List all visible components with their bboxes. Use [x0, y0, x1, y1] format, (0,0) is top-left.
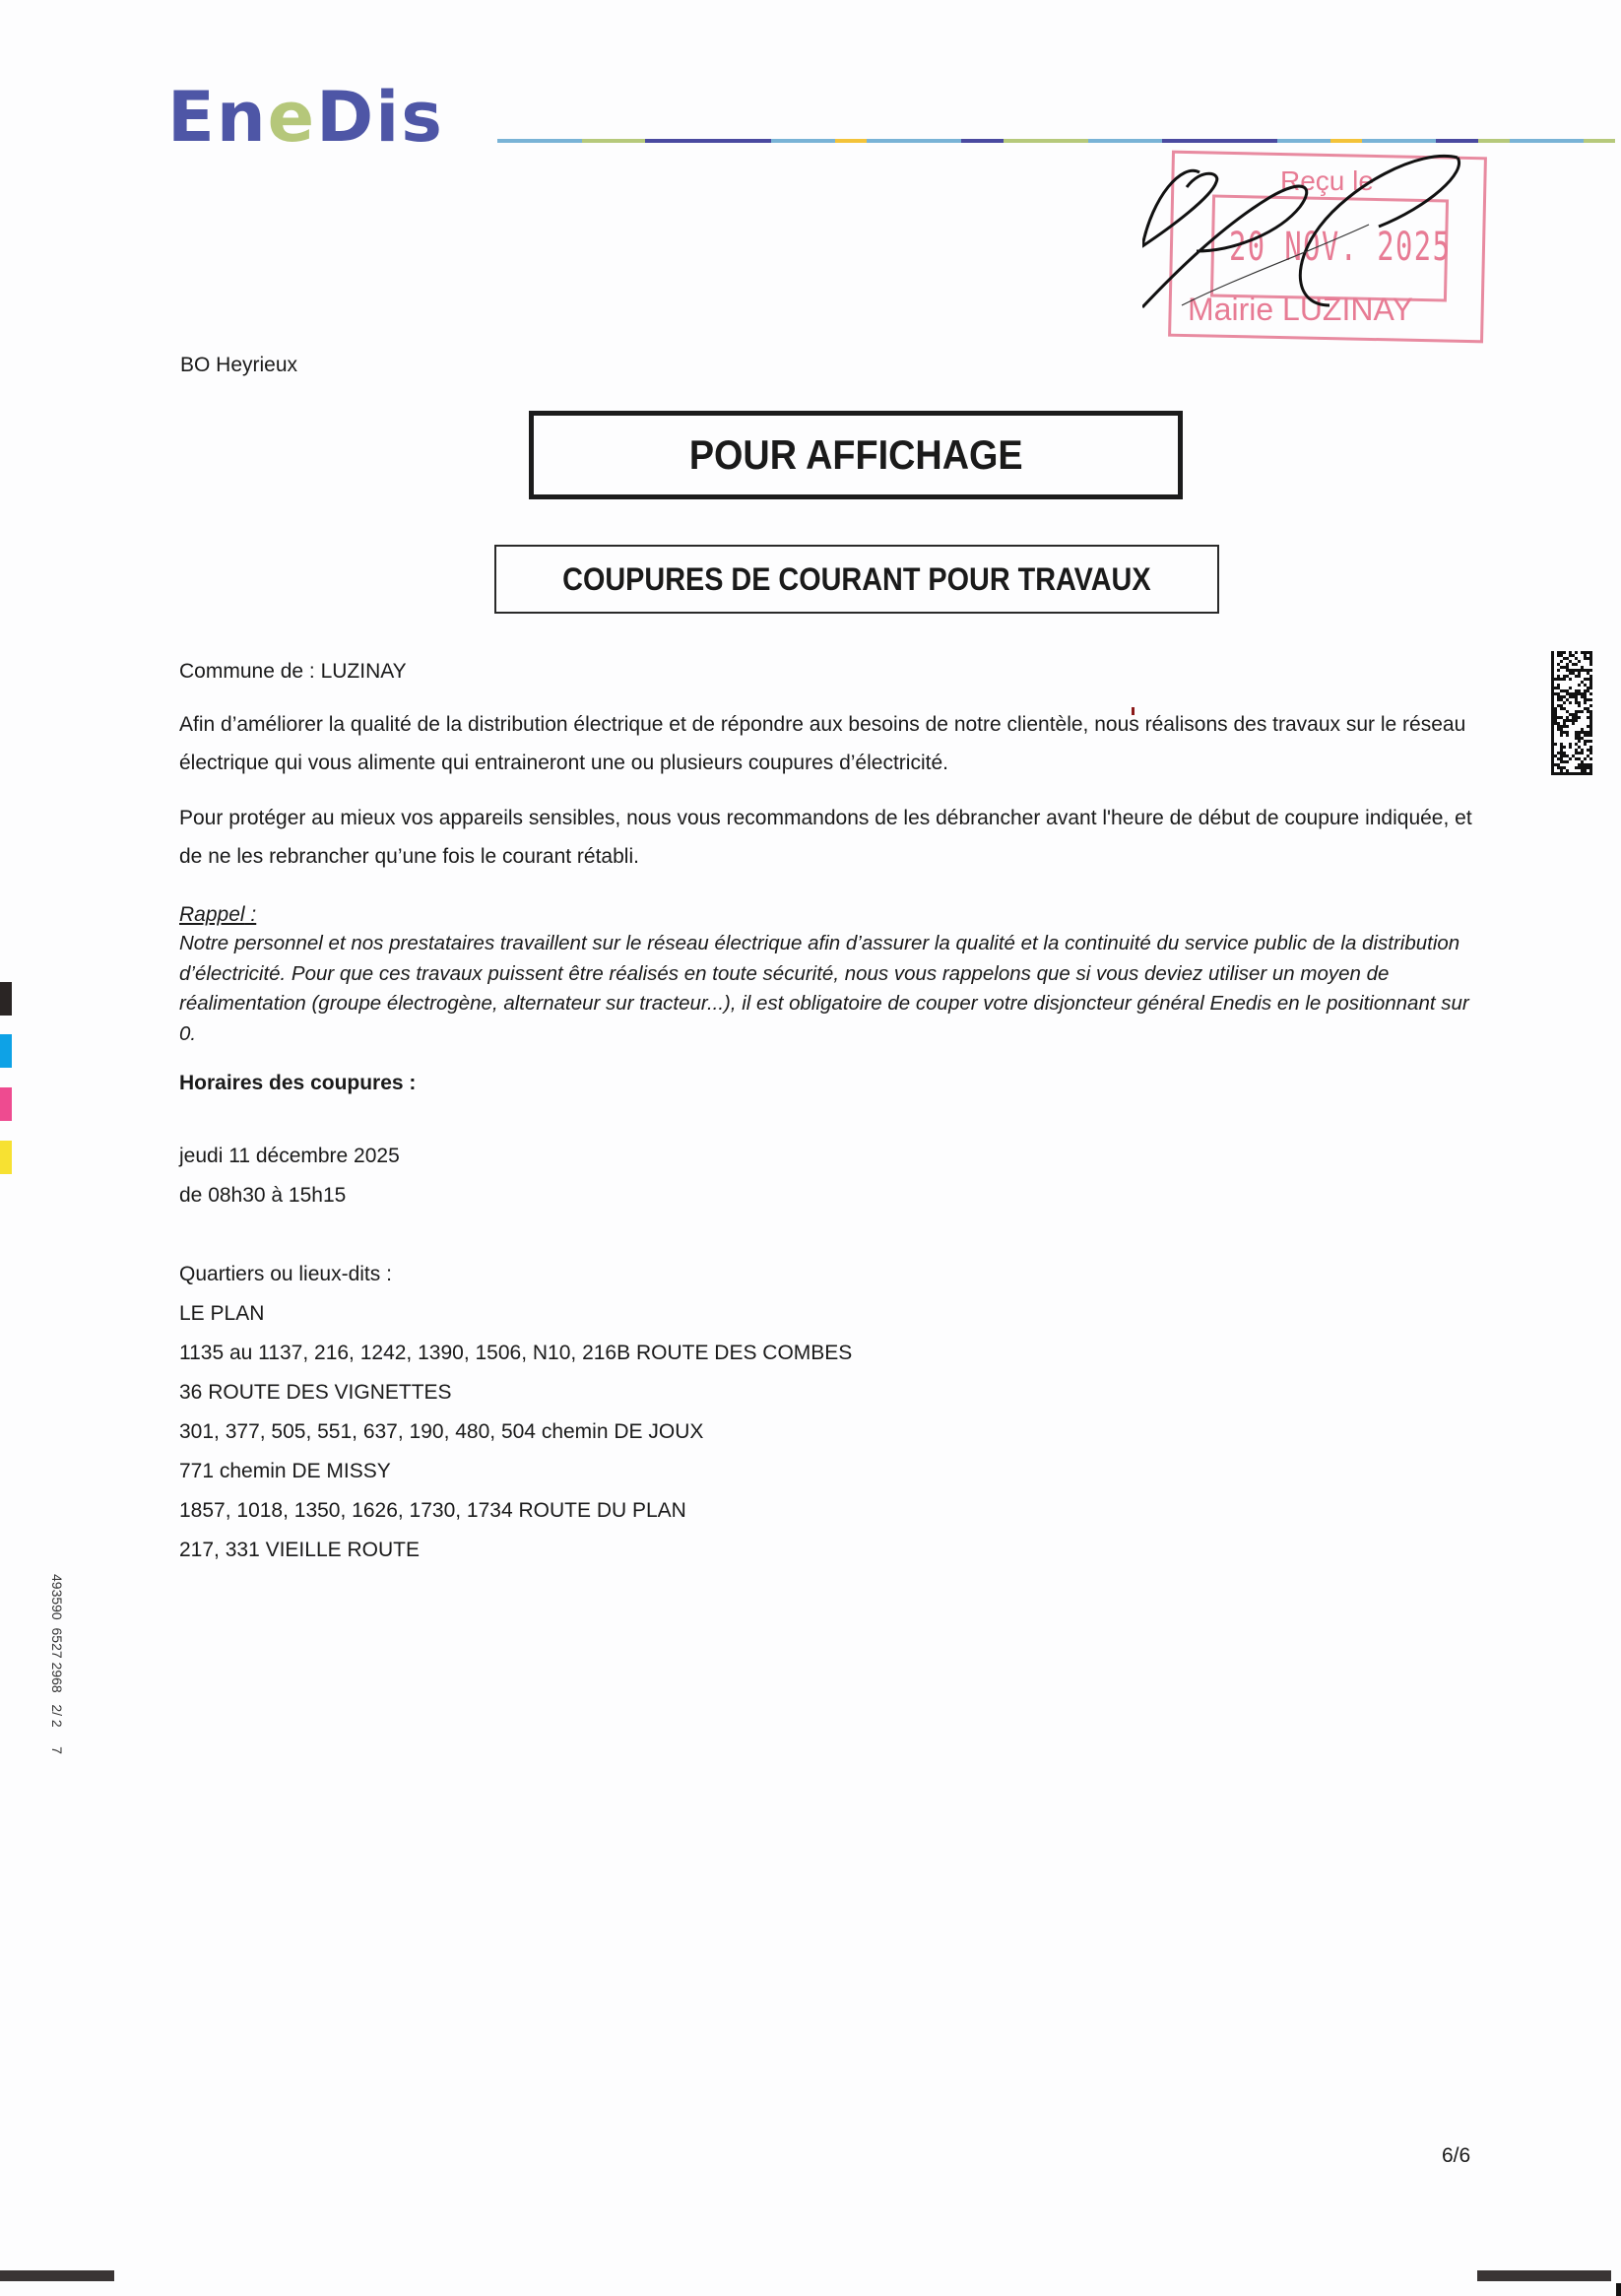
recommendation-paragraph: Pour protéger au mieux vos appareils sen… [179, 799, 1499, 876]
print-mark-black [0, 982, 12, 1016]
reminder-colon: : [245, 903, 257, 926]
location-item: 36 ROUTE DES VIGNETTES [179, 1373, 852, 1412]
location-item: 301, 377, 505, 551, 637, 190, 480, 504 c… [179, 1412, 852, 1452]
outage-time: de 08h30 à 15h15 [179, 1176, 1499, 1214]
handwritten-signature-icon [1142, 138, 1477, 335]
logo-part-2: e [268, 77, 316, 158]
location-item: 1857, 1018, 1350, 1626, 1730, 1734 ROUTE… [179, 1491, 852, 1531]
datamatrix-barcode-icon [1551, 650, 1592, 776]
sender-office: BO Heyrieux [180, 354, 297, 377]
intro-paragraph: Afin d’améliorer la qualité de la distri… [179, 705, 1499, 782]
rule-segment [961, 139, 1004, 143]
print-mark-yellow [0, 1141, 12, 1174]
outage-date: jeudi 11 décembre 2025 [179, 1137, 1499, 1175]
scan-speck [1132, 707, 1135, 715]
commune-line: Commune de : LUZINAY [179, 652, 1499, 690]
locations-list: LE PLAN1135 au 1137, 216, 1242, 1390, 15… [179, 1294, 852, 1570]
reminder-heading: Rappel : [179, 900, 1499, 930]
rule-segment [582, 139, 645, 143]
rule-segment [1584, 139, 1615, 143]
rule-segment [867, 139, 961, 143]
rule-segment [1478, 139, 1510, 143]
location-item: 217, 331 VIEILLE ROUTE [179, 1531, 852, 1570]
page-number: 6/6 [1442, 2144, 1470, 2168]
rule-segment [835, 139, 867, 143]
rule-segment [1004, 139, 1088, 143]
schedule-heading: Horaires des coupures : [179, 1064, 1499, 1102]
subtitle-box: COUPURES DE COURANT POUR TRAVAUX [494, 545, 1219, 614]
print-mark-cyan [0, 1034, 12, 1068]
print-mark-magenta [0, 1087, 12, 1121]
corner-mark [1616, 2283, 1621, 2296]
reminder-label: Rappel [179, 903, 245, 926]
location-item: 771 chemin DE MISSY [179, 1452, 852, 1491]
subtitle: COUPURES DE COURANT POUR TRAVAUX [562, 561, 1150, 598]
main-title: POUR AFFICHAGE [689, 431, 1023, 479]
rule-segment [497, 139, 582, 143]
location-item: LE PLAN [179, 1294, 852, 1334]
rule-segment [645, 139, 771, 143]
rule-segment [1510, 139, 1584, 143]
logo-part-3: Dis [316, 77, 444, 158]
side-tracking-code: 493590 6527 2968 2/ 2 7 [49, 1574, 65, 1830]
logo-part-1: En [167, 77, 268, 158]
reminder-paragraph: Notre personnel et nos prestataires trav… [179, 929, 1489, 1049]
location-item: 1135 au 1137, 216, 1242, 1390, 1506, N10… [179, 1334, 852, 1373]
enedis-logo: EneDis [167, 83, 444, 152]
rule-segment [771, 139, 834, 143]
footer-mark-right [1477, 2270, 1611, 2281]
footer-mark-left [0, 2270, 114, 2281]
locations-heading: Quartiers ou lieux-dits : [179, 1255, 1499, 1293]
main-title-box: POUR AFFICHAGE [529, 411, 1183, 499]
